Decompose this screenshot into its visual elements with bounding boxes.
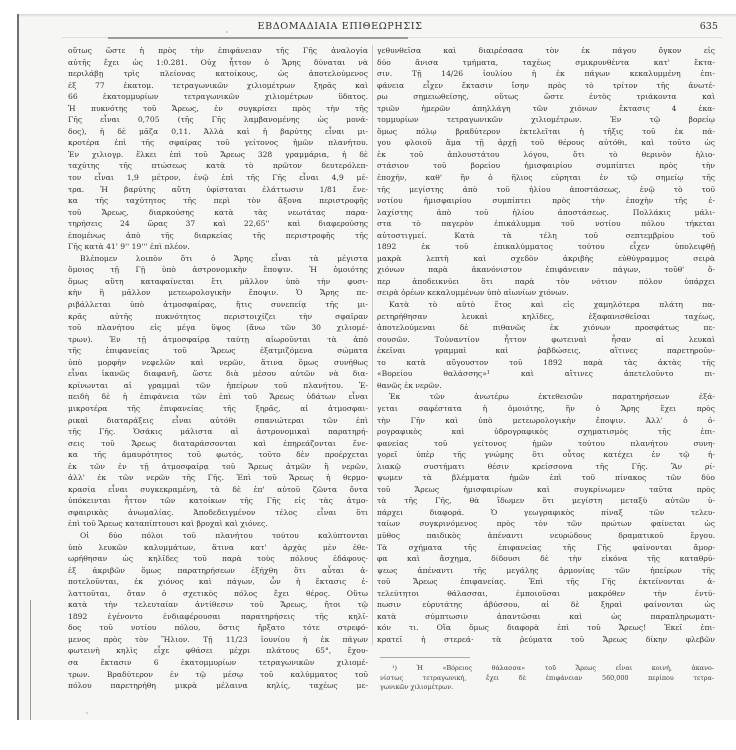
footnote-rule xyxy=(380,657,470,658)
text-line: ταχύτης τῆς πτώσεως κατὰ τὸ πρῶτον δευτε… xyxy=(68,160,368,172)
text-line: Τὰ σχήματα τῆς ἐπιφανείας τῆς Γῆς φαίνον… xyxy=(377,542,715,554)
text-line: ὅμως πόλῳ βραδύτερον ἐκτελεῖται ἡ τῆξις … xyxy=(377,126,715,138)
text-line: κρατεῖ ἡ στερεά· τὰ ῥεύματα τοῦ Ἄρεως δί… xyxy=(377,634,715,646)
text-line: ὅμοιος τῇ Γῇ ὑπὸ ἀστρονομικὴν ἔποψιν. Ἡ … xyxy=(68,264,368,276)
page-number: 635 xyxy=(700,21,718,32)
text-line: ψωμεν τὰ βλέμματα ἡμῶν ἐπὶ τοῦ πίνακος τ… xyxy=(377,472,715,484)
text-line: Γῆς κατὰ 41' 9'' 19''' ἐπὶ πλέον. xyxy=(68,241,368,253)
text-line: τὴν Γῆν καὶ ὑπὸ μετεωρολογικὴν ἔποψιν. Ἀ… xyxy=(377,415,715,427)
text-line: ὑπὸ λευκῶν καλυμμάτων, ἅτινα κατ' ἀρχὰς … xyxy=(68,542,368,554)
page-top-edge xyxy=(18,14,736,17)
text-line: λαττοῦται, ὅταν ὁ σχετικὸς πόλος ἔχει θέ… xyxy=(68,588,368,600)
text-line: ὅμως αὕτη καταφαίνεται ἔτι μᾶλλον ὑπὸ τὴ… xyxy=(68,276,368,288)
footnote-line: νίστως τετραγωνική, ἔχει δὲ ἐπιφάνειαν 5… xyxy=(380,674,714,684)
text-line: τῆς μεγίστης ἀπὸ τοῦ ἡλίου ἀποστάσεως, ἐ… xyxy=(377,184,715,196)
text-line: τῆς ἐπιφανείας τοῦ Ἄρεως ἐξατμιζόμενα σώ… xyxy=(68,345,368,357)
text-line: γορεῖ ὑπὲρ τῆς γνώμης ὅτι οὗτος κατέχει … xyxy=(377,449,715,461)
text-line: λαχίστης ἀπὸ τοῦ ἡλίου ἀποστάσεως. Πολλά… xyxy=(377,207,715,219)
text-line: μικροτέρα τῆς ἐπιφανείας τῆς ξηρᾶς, αἱ ἀ… xyxy=(68,403,368,415)
text-line: ἀλλ' ἐκ τῶν νερῶν τῆς Γῆς. Ἐπὶ τοῦ Ἄρεως… xyxy=(68,472,368,484)
text-line: κατὰ τὴν τελευταίαν ἀντίθεσιν τοῦ Ἄρεως,… xyxy=(68,599,368,611)
text-line: 66 ἑκατομμυρίων τετραγωνικῶν χιλιομέτρων… xyxy=(68,91,368,103)
text-line: Ἐκ τῶν ἀνωτέρω ἐκτεθεισῶν παρατηρήσεων ἐ… xyxy=(377,391,715,403)
footnote-line: ¹) Ἡ «Βόρειος θάλασσα» τοῦ Ἄρεως εἶναι κ… xyxy=(380,664,714,674)
text-line: τελεύτητοι θάλασσαι, ἐμποιοῦσαι μακρόθεν… xyxy=(377,588,715,600)
text-line: τρων. Βραδύτερον ἐν τῷ μέσῳ τοῦ καλύμματ… xyxy=(68,669,368,681)
text-column-right: γεθυνθεῖσα καὶ διαιρέσασα τὸν ἐκ πάγου ὄ… xyxy=(377,45,715,645)
text-line: μακρὰ λεπτὴ καὶ σχεδὸν ἀκριβὴς εὐθύγραμμ… xyxy=(377,253,715,265)
text-line: μῦθος παιδικὸς ἀπέναντι νευρώδους δραματ… xyxy=(377,530,715,542)
text-line: περ ἀποδεικνύει ὅτι παρὰ τὸν νότιον πόλο… xyxy=(377,276,715,288)
text-line: πειδὴ δὲ ἡ ἐπιφάνεια τῶν ἐπὶ τοῦ Ἄρεως ὑ… xyxy=(68,391,368,403)
text-line: κρίνωνται αἱ γραμμαὶ τῶν ἠπείρων τοῦ πλα… xyxy=(68,380,368,392)
text-line: τοῦ Ἄρεως ἡμισφαιρίων καὶ συγκρίνωμεν τα… xyxy=(377,484,715,496)
text-line: γεται σαφέστατα ἡ ὁμοιότης, ἣν ὁ Ἄρης ἔχ… xyxy=(377,403,715,415)
text-line: κα τῆς ἀμαυρότητος τοῦ φωτός, τοῦτο δὲν … xyxy=(68,449,368,461)
footnote: ¹) Ἡ «Βόρειος θάλασσα» τοῦ Ἄρεως εἶναι κ… xyxy=(380,664,714,693)
text-line: ὑπὸ μορφὴν νεφελῶν καὶ νερῶν, ἅτινα ὅμως… xyxy=(68,357,368,369)
text-line: τρων). Ἐν τῇ ἀτμοσφαίρᾳ ταύτῃ αἰωροῦνται… xyxy=(68,334,368,346)
running-header: ΕΒΔΟΜΑΔΙΑΙΑ ΕΠΙΘΕΩΡΗΣΙΣ 635 xyxy=(60,21,720,35)
text-line: σιν. Τῇ 14/26 ἰουλίου ἡ ἐκ πάγων κεκαλυμ… xyxy=(377,68,715,80)
text-line: ἐκ τοῦ ἀπλουστάτου λόγου, ὅτι τὸ θερινὸν… xyxy=(377,149,715,161)
text-line: Κατὰ τὸ αὐτὸ ἔτος καὶ εἰς χαμηλότερα πλά… xyxy=(377,299,715,311)
text-line: γεθυνθεῖσα καὶ διαιρέσασα τὸν ἐκ πάγου ὄ… xyxy=(377,45,715,57)
text-line: ποτελοῦνται, ἐκ χιόνος καὶ πάγων, ὧν ἡ ἔ… xyxy=(68,576,368,588)
text-line: τηρήσεις 24 ὥρας 37 καὶ 22,65'' καὶ διαφ… xyxy=(68,218,368,230)
text-line: πάρχει διαφορά. Ὁ γεωγραφικὸς πίναξ τῶν … xyxy=(377,507,715,519)
header-rule xyxy=(108,37,408,39)
text-line: Γῆς εἶναι 0,705 (τῆς Γῆς λαμβανομένης ὡς… xyxy=(68,114,368,126)
text-line: ἑπομένως ἀπὸ τῆς διαρκείας τῆς περιστροφ… xyxy=(68,230,368,242)
text-line: φα καὶ ἄσχημα, δίδουσι δὲ τὴν εἰκόνα τῆς… xyxy=(377,553,715,565)
text-line: ἐκεῖναι γραμμαὶ καὶ ῥαβδώσεις, αἵτινες π… xyxy=(377,345,715,357)
text-line: οὕτως ὥστε ἡ πρὸς τὴν ἐπιφάνειαν τῆς Γῆς… xyxy=(68,45,368,57)
text-line: τῆς Γῆς. Ὁσάκις μάλιστα αἱ ἀστρονομικαὶ … xyxy=(68,426,368,438)
text-line: δος), ἡ δὲ μᾶζα 0,11. Ἀλλὰ καὶ ἡ βαρύτης… xyxy=(68,126,368,138)
text-line: περιλάβῃ τρὶς πλείονας κατοίκους, ὡς ἀπο… xyxy=(68,68,368,80)
text-line: τρα. Ἡ βαρύτης αὕτη ὑφίσταται ἐλάττωσιν … xyxy=(68,184,368,196)
text-line: πόλου παρετηρήθη μικρὰ μέλαινα κηλίς, τα… xyxy=(68,680,368,692)
text-line: το κατὰ αὔγουστον τοῦ 1892 παρὰ τὰς ἀκτὰ… xyxy=(377,357,715,369)
text-line: ρετηρήθησαν λευκαὶ κηλῖδες, ἐξαφανισθεῖσ… xyxy=(377,311,715,323)
text-line: Οἱ δύο πόλοι τοῦ πλανήτου τούτου καλύπτο… xyxy=(68,530,368,542)
text-line: δύο ἄνισα τμήματα, ταχέως σμικρυνθέντα κ… xyxy=(377,57,715,69)
text-line: αὐτοστιγμεί. Κατὰ τὰ τέλη τοῦ σεπτεμβρίο… xyxy=(377,230,715,242)
text-line: κόν τι. Οἵα ὅμως διαφορὰ ἐπὶ τοῦ Ἄρεως! … xyxy=(377,622,715,634)
text-line: τὰ τῆς Γῆς, θὰ ἴδωμεν ὅτι μεγίστη μεταξὺ… xyxy=(377,495,715,507)
text-line: ἐπὶ τοῦ Ἄρεως καταπίπτουσι καὶ βροχαὶ κα… xyxy=(68,518,368,530)
text-line: σφαιρικὰς ἀνωμαλίας. Ἀποδεδειγμένον τέλο… xyxy=(68,507,368,519)
page-left-edge-shadow xyxy=(30,600,31,720)
text-line: «Βορείου θαλάσσης»¹ καὶ αἵτινες ἀπετελοῦ… xyxy=(377,368,715,380)
text-line: ρικαὶ διαταράξεις εἶναι αὐτόθι σπανιώτερ… xyxy=(68,415,368,427)
text-line: Ἐν χιλιογρ. ἕλκει ἐπὶ τοῦ Ἄρεως 328 γραμ… xyxy=(68,149,368,161)
text-line: ψεως ἀπέναντι τῆς μεγάλης ἁρμονίας τῶν ἠ… xyxy=(377,565,715,577)
running-title: ΕΒΔΟΜΑΔΙΑΙΑ ΕΠΙΘΕΩΡΗΣΙΣ xyxy=(60,21,620,32)
text-line: 1892 ἐκ τοῦ ἐπικαλύμματος τούτου εἶχεν ὑ… xyxy=(377,241,715,253)
text-line: ἐποχήν, καθ' ἣν ὁ ἥλιος εὑρηται ἐν τῷ ση… xyxy=(377,172,715,184)
text-line: Βλέπομεν λοιπὸν ὅτι ὁ Ἄρης εἶναι τὰ μέγι… xyxy=(68,253,368,265)
text-line: τον εἶναι 1,9 μέτρον, ἐνῷ ἐπὶ τῆς Γῆς εἶ… xyxy=(68,172,368,184)
text-line: εἶναι ἱκανῶς διαφανῆ, ὥστε διὰ μέσου αὐτ… xyxy=(68,368,368,380)
text-line: 1892 ἐγένοντο ἐνδιαφέρουσαι παρατηρήσεις… xyxy=(68,611,368,623)
text-line: χιόνων παρὰ ἀκανόνιστον ἐπιφάνειαν πάγων… xyxy=(377,264,715,276)
text-line: πωσιν εὐρυτάτης ἀβύσσου, αἱ δὲ ξηραὶ φαί… xyxy=(377,599,715,611)
text-line: ριβάλλεται ὑπὸ ἀτμοσφαίρας, ἥτις συνεπεί… xyxy=(68,299,368,311)
text-line: μενος πρὸς τὸν Ἥλιον. Τῇ 11/23 ἰουνίου ἡ… xyxy=(68,634,368,646)
text-line: τοῦ Ἄρεως ἐπιφανείας. Ἐπὶ τῆς Γῆς ἐκτείν… xyxy=(377,576,715,588)
text-line: Ἡ πυκνότης τοῦ Ἄρεως, ἐν συγκρίσει πρὸς … xyxy=(68,103,368,115)
text-line: αὐτῆς ἔχει ὡς 1:0.281. Οὐχ ἧττον ὁ Ἄρης … xyxy=(68,57,368,69)
text-line: τριῶν ἡμερῶν ἀπηλλάγη τῶν χιόνων ἔκτασις… xyxy=(377,103,715,115)
text-line: τοῦ πλανήτου εἰς μέγα ὕψος (ἄνω τῶν 30 χ… xyxy=(68,322,368,334)
text-line: κα τῆς ταχύτητος τῆς περὶ τὸν ἄξονα περι… xyxy=(68,195,368,207)
text-line: θανῶς ἐκ νερῶν. xyxy=(377,380,715,392)
text-line: τοῦ Ἄρεως, διαρκούσης κατὰ τὰς νεωτάτας … xyxy=(68,207,368,219)
text-line: ρογραφικὸς καὶ ὑδρογραφικὸς σχηματισμὸς … xyxy=(377,426,715,438)
text-line: ὑπόκεινται ἧττον τῶν κατοίκων τῆς Γῆς εἰ… xyxy=(68,495,368,507)
text-line: κρασία εἶναι συγκεκραμένη, τὰ δὲ ἐπ' αὐτ… xyxy=(68,484,368,496)
text-line: ἀποτελούμεναι δὲ πιθανῶς ἐκ χιόνων προσφ… xyxy=(377,322,715,334)
text-line: σεις τοῦ Ἄρεως διαταράσσονται καὶ ἐπηρεά… xyxy=(68,438,368,450)
text-line: λιακῷ συστήματι θέσιν κρείσσονα τῆς Γῆς.… xyxy=(377,461,715,473)
footnote-line: γωνικῶν χιλιομέτρων. xyxy=(380,683,714,693)
text-line: ἐκ τῶν ἐν τῇ ἀτμοσφαίρᾳ τοῦ Ἄρεως ἀτμῶν … xyxy=(68,461,368,473)
text-line: κατὰ σύμπτωσιν ἀπαντῶσαι καὶ ὡς παραπληρ… xyxy=(377,611,715,623)
text-line: σειρὰ ὀρέων κεκαλυμμένων ὑπὸ αἰωνίων χιό… xyxy=(377,287,715,299)
text-line: ἐξ ἀκριβῶν ὅμως παρατηρήσεων ἐξήχθη ὅτι … xyxy=(68,565,368,577)
text-line: σα ἔκτασιν 6 ἑκατομμυρίων τετραγωνικῶν χ… xyxy=(68,657,368,669)
text-line: ωρήθησαν ὡς κηλῖδες τοῦ παρὰ τοὺς πόλους… xyxy=(68,553,368,565)
text-line: ρω σημειωθείσης, οὕτως ὥστε ἐντὸς τριάκο… xyxy=(377,91,715,103)
text-line: τομμυρίων τετραγωνικῶν χιλιομέτρων. Ἐν τ… xyxy=(377,114,715,126)
text-line: φανείας τοῦ γείτονος ἡμῶν τούτου πλανήτο… xyxy=(377,438,715,450)
text-line: στα τὸ παγερὸν ἐπικάλυμμα τοῦ νοτίου πόλ… xyxy=(377,218,715,230)
page-left-edge xyxy=(17,14,19,720)
paper-speck xyxy=(226,31,228,33)
text-line: κὴν ἢ μᾶλλον μετεωρολογικὴν ἔποψιν. Ὁ Ἄρ… xyxy=(68,287,368,299)
text-line: κροτέρα ἐπὶ τῆς σφαίρας τοῦ γείτονος ἡμῶ… xyxy=(68,137,368,149)
text-line: ἐξ 77 ἑκατομ. τετραγωνικῶν χιλιομέτρων ξ… xyxy=(68,80,368,92)
text-line: δος τοῦ νοτίου πόλου, ὅστις ἤρξατο τότε … xyxy=(68,622,368,634)
text-line: σουσῶν. Τοὐναντίον ἧττον φωτειναὶ ἦσαν α… xyxy=(377,334,715,346)
text-line: κρᾶς αὐτῆς πυκνότητος περιστοιχίζει τὴν … xyxy=(68,311,368,323)
column-divider xyxy=(372,45,373,645)
text-column-left: οὕτως ὥστε ἡ πρὸς τὴν ἐπιφάνειαν τῆς Γῆς… xyxy=(68,45,368,692)
paper-speck xyxy=(86,712,88,714)
text-line: φάνεια εἶχεν ἔκτασιν ἴσην πρὸς τὸ τρίτον… xyxy=(377,80,715,92)
text-line: φωτεινὴ κηλὶς εἶχε φθάσει μέχρι πλάτους … xyxy=(68,645,368,657)
text-line: νοτίου ἡμισφαιρίου συμπίπτει πρὸς τὴν ἐπ… xyxy=(377,195,715,207)
text-line: ταίων συγκρινόμενος πρὸς τὸν τῶν πρώτων … xyxy=(377,518,715,530)
text-line: γου φλοιοῦ ἅμα τῇ ἀρχῇ τοῦ θέρους αὐτόθι… xyxy=(377,137,715,149)
text-line: στάσιον τοῦ βορείου ἡμισφαιρίου συμπίπτε… xyxy=(377,160,715,172)
